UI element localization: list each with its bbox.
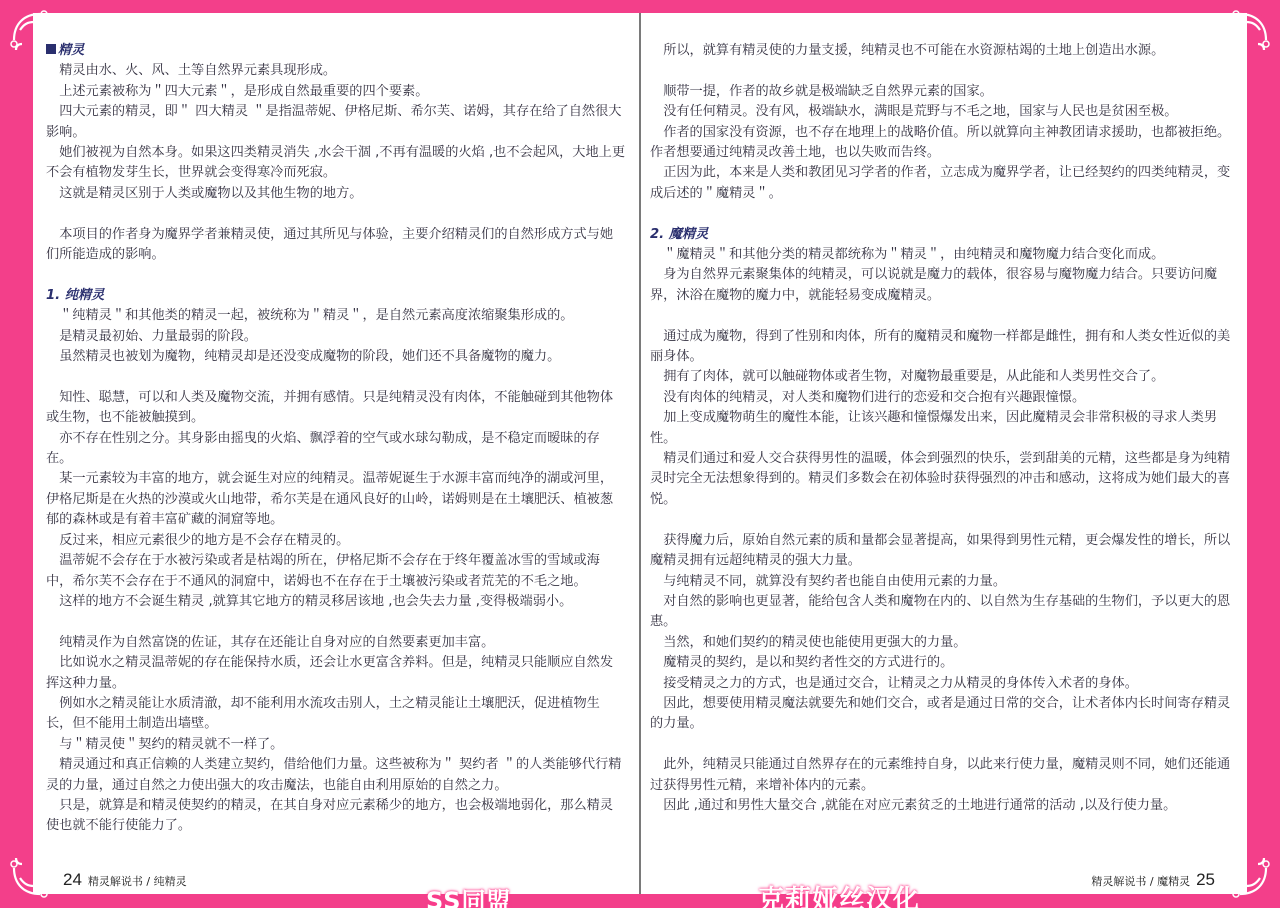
watermark-ss: SS同盟 bbox=[426, 881, 512, 908]
paragraph: 只是，就算是和精灵使契约的精灵，在其自身对应元素稀少的地方，也会极端地弱化，那么… bbox=[46, 796, 626, 837]
paragraph: 没有任何精灵。没有风，极端缺水，满眼是荒野与不毛之地，国家与人民也是贫困至极。 bbox=[650, 102, 1234, 122]
paragraph: 与＂精灵使＂契约的精灵就不一样了。 bbox=[46, 735, 626, 755]
paragraph: 魔精灵的契约，是以和契约者性交的方式进行的。 bbox=[650, 653, 1234, 673]
paragraph: 纯精灵作为自然富饶的佐证，其存在还能让自身对应的自然要素更加丰富。 bbox=[46, 633, 626, 653]
paragraph: 虽然精灵也被划为魔物，纯精灵却是还没变成魔物的阶段，她们还不具备魔物的魔力。 bbox=[46, 347, 626, 367]
paragraph: 拥有了肉体，就可以触碰物体或者生物，对魔物最重要是，从此能和人类男性交合了。 bbox=[650, 367, 1234, 387]
paragraph: 比如说水之精灵温蒂妮的存在能保持水质，还会让水更富含养料。但是，纯精灵只能顺应自… bbox=[46, 653, 626, 694]
paragraph: 知性、聪慧，可以和人类及魔物交流，并拥有感情。只是纯精灵没有肉体，不能触碰到其他… bbox=[46, 388, 626, 429]
paragraph: 因此，想要使用精灵魔法就要先和她们交合，或者是通过日常的交合，让术者体内长时间寄… bbox=[650, 694, 1234, 735]
watermark-translation-group: 克莉娅丝汉化 bbox=[758, 879, 920, 908]
paragraph: 身为自然界元素聚集体的纯精灵，可以说就是魔力的载体，很容易与魔物魔力结合。只要访… bbox=[650, 265, 1234, 306]
paragraph: 例如水之精灵能让水质清澈，却不能利用水流攻击别人，土之精灵能让土壤肥沃，促进植物… bbox=[46, 694, 626, 735]
paragraph: 加上变成魔物萌生的魔性本能，让该兴趣和憧憬爆发出来，因此魔精灵会非常积极的寻求人… bbox=[650, 408, 1234, 449]
left-page-body: 精灵 精灵由水、火、风、土等自然界元素具现形成。 上述元素被称为＂四大元素＂，是… bbox=[46, 41, 626, 837]
paragraph: 精灵由水、火、风、土等自然界元素具现形成。 bbox=[46, 61, 626, 81]
paragraph: ＂纯精灵＂和其他类的精灵一起，被统称为＂精灵＂，是自然元素高度浓缩聚集形成的。 bbox=[46, 306, 626, 326]
right-page: 所以，就算有精灵使的力量支援，纯精灵也不可能在水资源枯竭的土地上创造出水源。 顺… bbox=[641, 13, 1247, 894]
page-number: 24 bbox=[63, 870, 82, 890]
subsection-title: 2. 魔精灵 bbox=[650, 225, 1234, 245]
left-page: 精灵 精灵由水、火、风、土等自然界元素具现形成。 上述元素被称为＂四大元素＂，是… bbox=[33, 13, 639, 894]
paragraph: 没有肉体的纯精灵，对人类和魔物们进行的恋爱和交合抱有兴趣跟憧憬。 bbox=[650, 388, 1234, 408]
paragraph: 当然，和她们契约的精灵使也能使用更强大的力量。 bbox=[650, 633, 1234, 653]
paragraph: 作者的国家没有资源，也不存在地理上的战略价值。所以就算向主神教团请求援助，也都被… bbox=[650, 123, 1234, 164]
paragraph: 与纯精灵不同，就算没有契约者也能自由使用元素的力量。 bbox=[650, 572, 1234, 592]
paragraph: 上述元素被称为＂四大元素＂，是形成自然最重要的四个要素。 bbox=[46, 82, 626, 102]
page-footer-right: 精灵解说书 / 魔精灵 25 bbox=[1091, 870, 1215, 890]
right-page-body: 所以，就算有精灵使的力量支援，纯精灵也不可能在水资源枯竭的土地上创造出水源。 顺… bbox=[650, 41, 1234, 816]
paragraph: 她们被视为自然本身。如果这四类精灵消失 ,水会干涸 ,不再有温暖的火焰 ,也不会… bbox=[46, 143, 626, 184]
paragraph: ＂魔精灵＂和其他分类的精灵都统称为＂精灵＂，由纯精灵和魔物魔力结合变化而成。 bbox=[650, 245, 1234, 265]
page-number: 25 bbox=[1196, 870, 1215, 890]
running-title: 精灵解说书 / 纯精灵 bbox=[88, 873, 187, 889]
paragraph: 精灵们通过和爱人交合获得男性的温暖，体会到强烈的快乐，尝到甜美的元精，这些都是身… bbox=[650, 449, 1234, 510]
paragraph: 正因为此，本来是人类和教团见习学者的作者，立志成为魔界学者，让已经契约的四类纯精… bbox=[650, 163, 1234, 204]
paragraph: 这样的地方不会诞生精灵 ,就算其它地方的精灵移居该地 ,也会失去力量 ,变得极端… bbox=[46, 592, 626, 612]
paragraph: 对自然的影响也更显著，能给包含人类和魔物在内的、以自然为生存基础的生物们，予以更… bbox=[650, 592, 1234, 633]
paragraph: 获得魔力后，原始自然元素的质和量都会显著提高，如果得到男性元精，更会爆发性的增长… bbox=[650, 531, 1234, 572]
paragraph: 通过成为魔物，得到了性别和肉体，所有的魔精灵和魔物一样都是雌性，拥有和人类女性近… bbox=[650, 327, 1234, 368]
running-title: 精灵解说书 / 魔精灵 bbox=[1091, 873, 1190, 889]
paragraph: 亦不存在性别之分。其身影由摇曳的火焰、飘浮着的空气或水球勾勒成，是不稳定而暧昧的… bbox=[46, 429, 626, 470]
paragraph: 反过来，相应元素很少的地方是不会存在精灵的。 bbox=[46, 531, 626, 551]
paragraph: 精灵通过和真正信赖的人类建立契约，借给他们力量。这些被称为＂ 契约者 ＂的人类能… bbox=[46, 755, 626, 796]
section-title: 精灵 bbox=[46, 41, 626, 61]
paragraph: 此外，纯精灵只能通过自然界存在的元素维持自身，以此来行使力量，魔精灵则不同，她们… bbox=[650, 755, 1234, 796]
paragraph: 温蒂妮不会存在于水被污染或者是枯竭的所在，伊格尼斯不会存在于终年覆盖冰雪的雪域或… bbox=[46, 551, 626, 592]
paragraph: 是精灵最初始、力量最弱的阶段。 bbox=[46, 327, 626, 347]
corner-ornament-icon bbox=[1216, 0, 1280, 64]
subsection-title: 1. 纯精灵 bbox=[46, 286, 626, 306]
paragraph: 这就是精灵区别于人类或魔物以及其他生物的地方。 bbox=[46, 184, 626, 204]
paragraph: 某一元素较为丰富的地方，就会诞生对应的纯精灵。温蒂妮诞生于水源丰富而纯净的湖或河… bbox=[46, 469, 626, 530]
paragraph: 顺带一提，作者的故乡就是极端缺乏自然界元素的国家。 bbox=[650, 82, 1234, 102]
paragraph: 所以，就算有精灵使的力量支援，纯精灵也不可能在水资源枯竭的土地上创造出水源。 bbox=[650, 41, 1234, 61]
paragraph: 本项目的作者身为魔界学者兼精灵使，通过其所见与体验，主要介绍精灵们的自然形成方式… bbox=[46, 225, 626, 266]
paragraph: 四大元素的精灵，即＂ 四大精灵 ＂是指温蒂妮、伊格尼斯、希尔芙、诺姆，其存在给了… bbox=[46, 102, 626, 143]
paragraph: 因此 ,通过和男性大量交合 ,就能在对应元素贫乏的土地进行通常的活动 ,以及行使… bbox=[650, 796, 1234, 816]
corner-ornament-icon bbox=[0, 844, 64, 908]
corner-ornament-icon bbox=[1216, 844, 1280, 908]
corner-ornament-icon bbox=[0, 0, 64, 64]
paragraph: 接受精灵之力的方式，也是通过交合，让精灵之力从精灵的身体传入术者的身体。 bbox=[650, 674, 1234, 694]
page-footer-left: 24 精灵解说书 / 纯精灵 bbox=[63, 870, 187, 890]
